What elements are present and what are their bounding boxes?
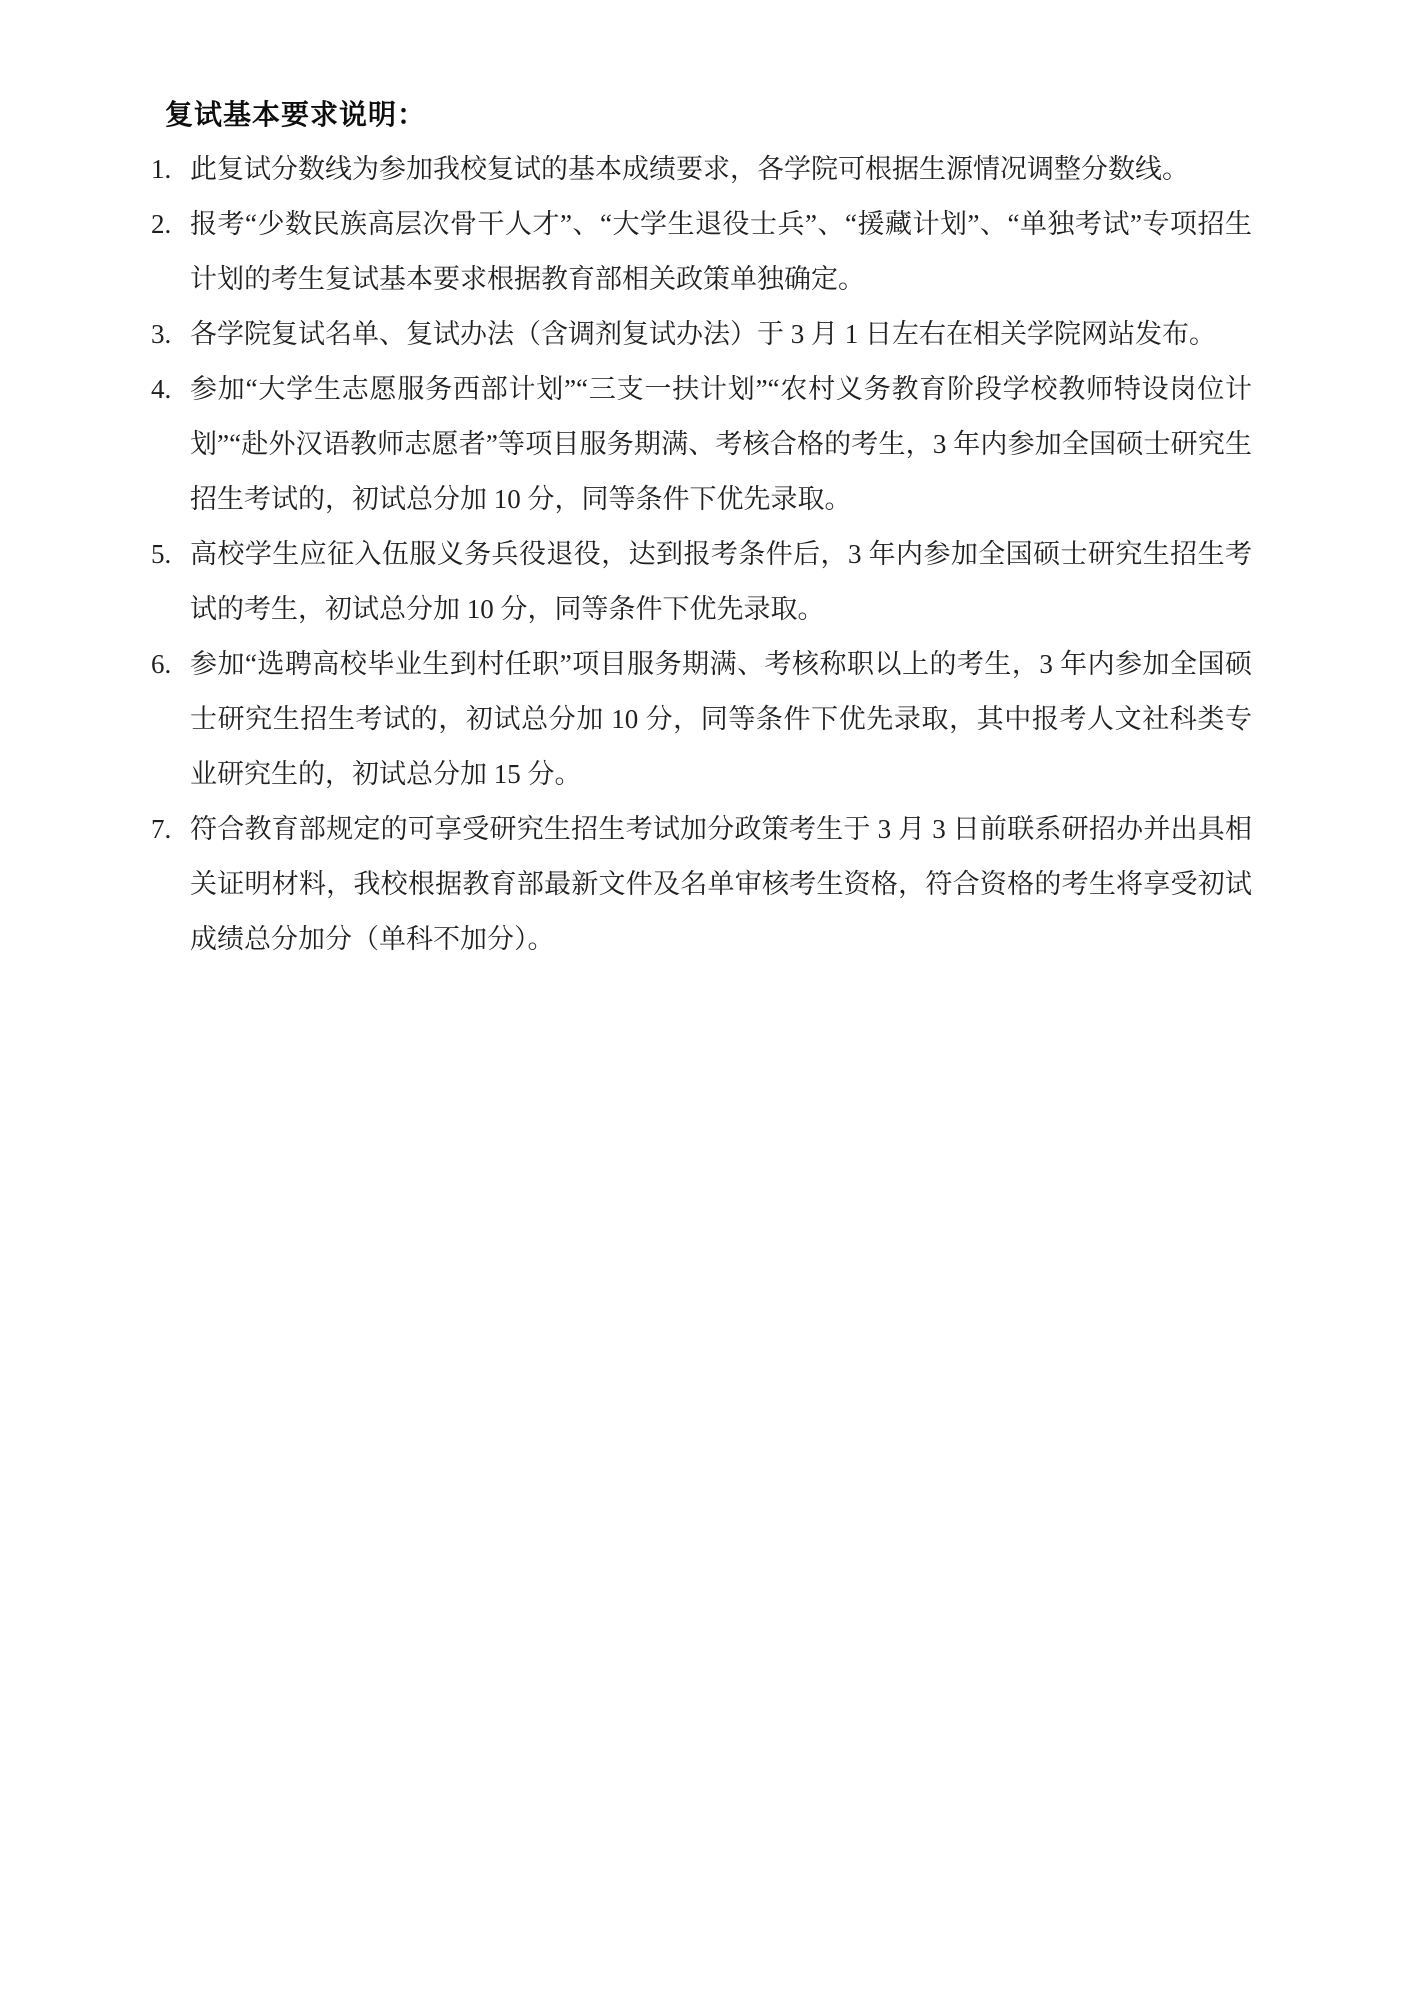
item-number: 1.: [151, 142, 171, 197]
document-page: 复试基本要求说明： 1. 此复试分数线为参加我校复试的基本成绩要求，各学院可根据…: [0, 0, 1414, 2000]
item-number: 2.: [151, 197, 171, 252]
list-item: 5. 高校学生应征入伍服义务兵役退役，达到报考条件后，3 年内参加全国硕士研究生…: [148, 527, 1252, 637]
item-number: 5.: [151, 527, 171, 582]
item-text: 参加“选聘高校毕业生到村任职”项目服务期满、考核称职以上的考生，3 年内参加全国…: [190, 649, 1252, 789]
list-item: 6. 参加“选聘高校毕业生到村任职”项目服务期满、考核称职以上的考生，3 年内参…: [148, 637, 1252, 802]
item-text: 报考“少数民族高层次骨干人才”、“大学生退役士兵”、“援藏计划”、“单独考试”专…: [190, 209, 1252, 294]
item-number: 4.: [151, 362, 171, 417]
item-text: 符合教育部规定的可享受研究生招生考试加分政策考生于 3 月 3 日前联系研招办并…: [190, 814, 1252, 954]
item-number: 7.: [151, 802, 171, 857]
item-text: 各学院复试名单、复试办法（含调剂复试办法）于 3 月 1 日左右在相关学院网站发…: [190, 319, 1216, 349]
item-text: 此复试分数线为参加我校复试的基本成绩要求，各学院可根据生源情况调整分数线。: [190, 154, 1189, 184]
item-number: 3.: [151, 307, 171, 362]
item-text: 高校学生应征入伍服义务兵役退役，达到报考条件后，3 年内参加全国硕士研究生招生考…: [190, 539, 1252, 624]
list-item: 3. 各学院复试名单、复试办法（含调剂复试办法）于 3 月 1 日左右在相关学院…: [148, 307, 1252, 362]
numbered-list: 1. 此复试分数线为参加我校复试的基本成绩要求，各学院可根据生源情况调整分数线。…: [148, 142, 1252, 967]
list-item: 4. 参加“大学生志愿服务西部计划”“三支一扶计划”“农村义务教育阶段学校教师特…: [148, 362, 1252, 527]
item-text: 参加“大学生志愿服务西部计划”“三支一扶计划”“农村义务教育阶段学校教师特设岗位…: [190, 374, 1252, 514]
list-item: 2. 报考“少数民族高层次骨干人才”、“大学生退役士兵”、“援藏计划”、“单独考…: [148, 197, 1252, 307]
document-heading: 复试基本要求说明：: [165, 87, 1252, 142]
item-number: 6.: [151, 637, 171, 692]
list-item: 7. 符合教育部规定的可享受研究生招生考试加分政策考生于 3 月 3 日前联系研…: [148, 802, 1252, 967]
list-item: 1. 此复试分数线为参加我校复试的基本成绩要求，各学院可根据生源情况调整分数线。: [148, 142, 1252, 197]
